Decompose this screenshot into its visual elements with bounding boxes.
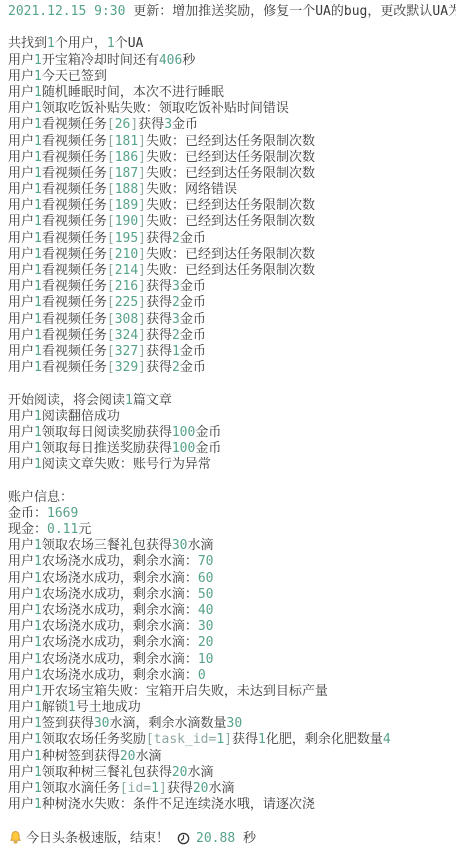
log-number: 1 (34, 441, 42, 456)
log-number: 1 (34, 231, 42, 246)
log-line: 用户1看视频任务[216]获得3金币 (8, 279, 454, 295)
log-bracket: ] (138, 134, 146, 149)
log-bracket: ] (138, 182, 146, 197)
log-bracket: [ (107, 231, 115, 246)
log-bracket: [ (107, 182, 115, 197)
log-text: 看视频任务 (42, 198, 107, 213)
log-text: 金币 (180, 360, 206, 375)
log-text: 失败：网络错误 (146, 182, 237, 197)
log-line: 用户1农场浇水成功，剩余水滴：60 (8, 571, 454, 587)
log-text: 失败：已经到达任务限制次数 (146, 134, 315, 149)
log-text: 用户 (8, 247, 34, 262)
log-number: 1 (34, 101, 42, 116)
log-number: 2 (172, 231, 180, 246)
log-line: 用户1看视频任务[329]获得2金币 (8, 360, 454, 376)
log-text: 水滴 (188, 538, 214, 553)
log-line: 用户1看视频任务[195]获得2金币 (8, 231, 454, 247)
log-number: 20 (172, 765, 188, 780)
log-text: 用户 (8, 781, 34, 796)
log-text: 种树签到获得 (42, 749, 120, 764)
bell-icon (8, 830, 23, 848)
log-line: 开始阅读，将会阅读1篇文章 (8, 393, 454, 409)
log-text: 用户 (8, 409, 34, 424)
log-text: 金币 (195, 441, 221, 456)
log-number: 1 (34, 700, 42, 715)
log-number: 1 (34, 425, 42, 440)
log-number: 186 (115, 150, 138, 165)
log-text: 获得 (167, 781, 193, 796)
log-text: 水滴 (136, 749, 162, 764)
log-line (8, 813, 454, 829)
log-number: 1 (34, 312, 42, 327)
log-text: 农场浇水成功，剩余水滴： (42, 652, 198, 667)
log-text: 获得 (232, 732, 258, 747)
log-text: 看视频任务 (42, 150, 107, 165)
log-line: 用户1农场浇水成功，剩余水滴：20 (8, 635, 454, 651)
log-number: 1 (34, 360, 42, 375)
log-text: 看视频任务 (42, 263, 107, 278)
log-number: 1 (34, 732, 42, 747)
log-number: 1 (34, 279, 42, 294)
log-text: 看视频任务 (42, 182, 107, 197)
log-line: 用户1阅读翻倍成功 (8, 409, 454, 425)
log-number: 1 (34, 328, 42, 343)
log-text: 农场浇水成功，剩余水滴： (42, 635, 198, 650)
log-number: 1 (172, 344, 180, 359)
log-bracket: ] (138, 344, 146, 359)
log-number: 1 (34, 69, 42, 84)
log-number: 195 (115, 231, 138, 246)
log-text: 领取水滴任务 (42, 781, 120, 796)
log-number: 30 (94, 716, 110, 731)
log-text: 用户 (8, 716, 34, 731)
log-text: 看视频任务 (42, 328, 107, 343)
log-bracket: [ (107, 344, 115, 359)
log-number: 1 (34, 457, 42, 472)
log-number: 10 (198, 652, 214, 667)
log-text: 元 (78, 522, 91, 537)
log-line: 共找到1个用户，1个UA (8, 36, 454, 52)
log-line: 用户1看视频任务[186]失败：已经到达任务限制次数 (8, 150, 454, 166)
log-text: 用户 (8, 652, 34, 667)
log-number: 20 (193, 781, 209, 796)
log-line: 用户1随机睡眠时间，本次不进行睡眠 (8, 85, 454, 101)
log-bracket: ] (138, 263, 146, 278)
log-line: 用户1看视频任务[324]获得2金币 (8, 328, 454, 344)
log-line: 用户1看视频任务[188]失败：网络错误 (8, 182, 454, 198)
log-bracket: [ (107, 247, 115, 262)
log-text: 用户 (8, 263, 34, 278)
log-line: 用户1看视频任务[214]失败：已经到达任务限制次数 (8, 263, 454, 279)
log-line: 用户1农场浇水成功，剩余水滴：30 (8, 619, 454, 635)
log-line: 用户1种树浇水失败：条件不足连续浇水哦，请逐次浇 (8, 797, 454, 813)
log-number: 187 (115, 166, 138, 181)
log-text: 用户 (8, 360, 34, 375)
log-text: 获得 (146, 328, 172, 343)
log-number: 1 (34, 53, 42, 68)
log-bracket: ] (138, 328, 146, 343)
log-text: 看视频任务 (42, 360, 107, 375)
cash-balance-line: 现金：0.11元 (8, 522, 454, 538)
log-text: 用户 (8, 312, 34, 327)
log-line: 用户1种树签到获得20水滴 (8, 749, 454, 765)
log-number: 1 (34, 117, 42, 132)
log-number: 1 (34, 198, 42, 213)
log-text: 签到获得 (42, 716, 94, 731)
log-text: 随机睡眠时间，本次不进行睡眠 (42, 85, 224, 100)
log-text: 获得 (146, 231, 172, 246)
log-text: 农场浇水成功，剩余水滴： (42, 554, 198, 569)
log-number: 70 (198, 554, 214, 569)
log-text: 用户 (8, 619, 34, 634)
log-number: 1 (216, 732, 224, 747)
log-bracket: ] (138, 360, 146, 375)
log-number: 1 (47, 36, 55, 51)
log-number: 1 (34, 571, 42, 586)
log-line: 用户1领取吃饭补贴失败：领取吃饭补贴时间错误 (8, 101, 454, 117)
log-line: 用户1看视频任务[187]失败：已经到达任务限制次数 (8, 166, 454, 182)
log-line: 用户1开农场宝箱失败：宝箱开启失败，未达到目标产量 (8, 684, 454, 700)
log-text: 农场浇水成功，剩余水滴： (42, 668, 198, 683)
log-number: 1 (34, 554, 42, 569)
log-line: 用户1领取每日推送奖励获得100金币 (8, 441, 454, 457)
log-text: 用户 (8, 538, 34, 553)
log-bracket: ] (138, 312, 146, 327)
log-number: 1 (34, 134, 42, 149)
log-text: 篇文章 (133, 393, 172, 408)
log-number: 2021.12.15 9:30 (8, 4, 125, 19)
log-line: 用户1领取水滴任务[id=1]获得20水滴 (8, 781, 454, 797)
log-line: 用户1领取农场三餐礼包获得30水滴 (8, 538, 454, 554)
log-text: 领取每日推送奖励获得 (42, 441, 172, 456)
log-number: 1 (34, 797, 42, 812)
log-line: 用户1看视频任务[327]获得1金币 (8, 344, 454, 360)
log-number: 1 (34, 166, 42, 181)
log-number: 1 (68, 700, 76, 715)
log-text: 领取种树三餐礼包获得 (42, 765, 172, 780)
log-text: 看视频任务 (42, 295, 107, 310)
log-number: 324 (115, 328, 138, 343)
log-number: 1 (125, 393, 133, 408)
log-bracket: ] (138, 150, 146, 165)
log-number: 210 (115, 247, 138, 262)
log-text: 领取每日阅读奖励获得 (42, 425, 172, 440)
log-text: 用户 (8, 166, 34, 181)
log-text: 用户 (8, 344, 34, 359)
log-line: 用户1看视频任务[210]失败：已经到达任务限制次数 (8, 247, 454, 263)
log-number: 1 (34, 765, 42, 780)
log-number: 60 (198, 571, 214, 586)
log-text: 用户 (8, 603, 34, 618)
log-text: 用户 (8, 441, 34, 456)
log-text: 金币 (180, 231, 206, 246)
log-text: 领取农场三餐礼包获得 (42, 538, 172, 553)
log-text: 金币 (172, 117, 198, 132)
log-text: 失败：已经到达任务限制次数 (146, 150, 315, 165)
log-number: 0.11 (47, 522, 78, 537)
log-text: 用户 (8, 279, 34, 294)
log-text: 用户 (8, 214, 34, 229)
log-text: 现金： (8, 522, 47, 537)
finish-summary-line: 今日头条极速版，结束！20.88 秒 (8, 830, 454, 846)
log-number: 1 (34, 716, 42, 731)
log-number: 2 (172, 360, 180, 375)
log-text: 开始阅读，将会阅读 (8, 393, 125, 408)
log-bracket: ] (224, 732, 232, 747)
log-text: 更新：增加推送奖励，修复一个UA的bug，更改默认UA为安卓 (125, 4, 456, 19)
log-bracket: ] (138, 279, 146, 294)
log-text: 看视频任务 (42, 166, 107, 181)
log-text: 用户 (8, 571, 34, 586)
log-text: 获得 (146, 279, 172, 294)
log-number: 20 (198, 635, 214, 650)
log-line (8, 473, 454, 489)
log-number: 189 (115, 198, 138, 213)
log-text: 用户 (8, 53, 34, 68)
log-bracket: [ (107, 198, 115, 213)
log-text: 个用户， (55, 36, 107, 51)
log-text: 看视频任务 (42, 117, 107, 132)
coin-balance-line: 金币：1669 (8, 506, 454, 522)
log-text: 金币 (195, 425, 221, 440)
log-number: 1 (34, 247, 42, 262)
log-bracket: [ (107, 134, 115, 149)
log-bracket: [ (107, 214, 115, 229)
log-bracket: ] (138, 198, 146, 213)
log-text: 失败：已经到达任务限制次数 (146, 263, 315, 278)
log-number: 1 (34, 635, 42, 650)
log-bracket: [task_id= (146, 732, 216, 747)
log-number: 1 (107, 36, 115, 51)
log-number: 3 (172, 279, 180, 294)
account-info-header: 账户信息： (8, 490, 454, 506)
log-number: 406 (159, 53, 182, 68)
log-line: 用户1看视频任务[26]获得3金币 (8, 117, 454, 133)
log-text: 共找到 (8, 36, 47, 51)
log-text: 用户 (8, 295, 34, 310)
log-bracket: [ (107, 263, 115, 278)
log-text: 个UA (115, 36, 144, 51)
log-text: 用户 (8, 684, 34, 699)
log-bracket: [ (107, 117, 115, 132)
log-text: 获得 (138, 117, 164, 132)
log-text: 金币 (180, 328, 206, 343)
log-text: 金币 (180, 295, 206, 310)
log-text: 水滴 (188, 765, 214, 780)
log-text: 用户 (8, 150, 34, 165)
log-text: 用户 (8, 328, 34, 343)
log-number: 1 (34, 749, 42, 764)
log-number: 20.88 (196, 831, 235, 846)
log-line: 用户1看视频任务[308]获得3金币 (8, 312, 454, 328)
log-text: 领取吃饭补贴失败：领取吃饭补贴时间错误 (42, 101, 289, 116)
log-text: 用户 (8, 457, 34, 472)
console-log-output: 2021.12.15 9:30 更新：增加推送奖励，修复一个UA的bug，更改默… (0, 0, 456, 848)
log-number: 1 (34, 409, 42, 424)
log-bracket: ] (138, 231, 146, 246)
log-number: 2 (172, 295, 180, 310)
log-text: 水滴，剩余水滴数量 (110, 716, 227, 731)
log-text: 获得 (146, 312, 172, 327)
log-text: 用户 (8, 587, 34, 602)
log-text: 开农场宝箱失败：宝箱开启失败，未达到目标产量 (42, 684, 328, 699)
log-text: 号土地成功 (76, 700, 141, 715)
log-text: 水滴 (209, 781, 235, 796)
log-number: 30 (198, 619, 214, 634)
log-number: 40 (198, 603, 214, 618)
log-number: 26 (115, 117, 131, 132)
log-bracket: ] (138, 214, 146, 229)
log-text: 农场浇水成功，剩余水滴： (42, 603, 198, 618)
log-line: 用户1签到获得30水滴，剩余水滴数量30 (8, 716, 454, 732)
log-text: 用户 (8, 101, 34, 116)
log-number: 1 (34, 652, 42, 667)
log-text: 开宝箱冷却时间还有 (42, 53, 159, 68)
log-number: 1 (34, 150, 42, 165)
log-text: 看视频任务 (42, 312, 107, 327)
log-bracket: [ (107, 166, 115, 181)
log-text: 金币 (180, 279, 206, 294)
log-line: 用户1领取农场任务奖励[task_id=1]获得1化肥，剩余化肥数量4 (8, 732, 454, 748)
log-text: 今天已签到 (42, 69, 107, 84)
log-text: 解锁 (42, 700, 68, 715)
log-number: 1 (34, 684, 42, 699)
log-text: 失败：已经到达任务限制次数 (146, 198, 315, 213)
log-number: 20 (120, 749, 136, 764)
log-text: 失败：已经到达任务限制次数 (146, 166, 315, 181)
log-number: 50 (198, 587, 214, 602)
log-number: 1 (34, 619, 42, 634)
log-text: 用户 (8, 85, 34, 100)
log-number: 1 (34, 295, 42, 310)
clock-icon (177, 832, 190, 848)
log-line: 用户1开宝箱冷却时间还有406秒 (8, 53, 454, 69)
log-number: 1 (34, 781, 42, 796)
log-text: 用户 (8, 425, 34, 440)
log-number: 308 (115, 312, 138, 327)
log-number: 3 (172, 312, 180, 327)
log-bracket: [ (107, 295, 115, 310)
log-line: 用户1领取种树三餐礼包获得20水滴 (8, 765, 454, 781)
log-number: 216 (115, 279, 138, 294)
log-bracket: [ (107, 360, 115, 375)
log-number: 1 (151, 781, 159, 796)
log-number: 0 (198, 668, 206, 683)
log-text: 看视频任务 (42, 279, 107, 294)
log-number: 1 (34, 603, 42, 618)
log-line (8, 376, 454, 392)
log-number: 1 (34, 344, 42, 359)
log-number: 1 (258, 732, 266, 747)
log-text: 失败：已经到达任务限制次数 (146, 214, 315, 229)
log-line: 用户1阅读文章失败：账号行为异常 (8, 457, 454, 473)
log-line: 用户1领取每日阅读奖励获得100金币 (8, 425, 454, 441)
log-text: 种树浇水失败：条件不足连续浇水哦，请逐次浇 (42, 797, 315, 812)
log-number: 329 (115, 360, 138, 375)
log-text: 看视频任务 (42, 134, 107, 149)
log-text: 秒 (235, 831, 256, 846)
log-number: 1 (34, 587, 42, 602)
log-number: 1 (34, 668, 42, 683)
log-text: 化肥，剩余化肥数量 (266, 732, 383, 747)
log-text: 农场浇水成功，剩余水滴： (42, 619, 198, 634)
log-line: 用户1看视频任务[225]获得2金币 (8, 295, 454, 311)
update-note-line: 2021.12.15 9:30 更新：增加推送奖励，修复一个UA的bug，更改默… (8, 4, 454, 20)
log-text: 今日头条极速版，结束！ (26, 831, 169, 846)
log-text: 看视频任务 (42, 231, 107, 246)
log-line: 用户1看视频任务[189]失败：已经到达任务限制次数 (8, 198, 454, 214)
log-text: 阅读文章失败：账号行为异常 (42, 457, 211, 472)
log-number: 1 (34, 214, 42, 229)
log-line: 用户1解锁1号土地成功 (8, 700, 454, 716)
log-number: 1 (34, 85, 42, 100)
log-number: 3 (164, 117, 172, 132)
log-number: 225 (115, 295, 138, 310)
log-text: 金币： (8, 506, 47, 521)
log-line: 用户1农场浇水成功，剩余水滴：50 (8, 587, 454, 603)
log-line (8, 20, 454, 36)
log-line: 用户1看视频任务[190]失败：已经到达任务限制次数 (8, 214, 454, 230)
log-number: 327 (115, 344, 138, 359)
log-text: 获得 (146, 360, 172, 375)
log-number: 2 (172, 328, 180, 343)
log-line: 用户1农场浇水成功，剩余水滴：10 (8, 652, 454, 668)
log-bracket: ] (159, 781, 167, 796)
log-text: 获得 (146, 344, 172, 359)
log-number: 100 (172, 441, 195, 456)
log-text: 用户 (8, 797, 34, 812)
log-text: 用户 (8, 182, 34, 197)
log-text: 账户信息： (8, 490, 73, 505)
log-number: 190 (115, 214, 138, 229)
log-number: 188 (115, 182, 138, 197)
log-text: 用户 (8, 635, 34, 650)
log-line: 用户1农场浇水成功，剩余水滴：0 (8, 668, 454, 684)
log-text: 金币 (180, 344, 206, 359)
log-bracket: ] (138, 166, 146, 181)
log-text: 用户 (8, 700, 34, 715)
log-text: 用户 (8, 134, 34, 149)
log-line: 用户1农场浇水成功，剩余水滴：40 (8, 603, 454, 619)
log-text: 用户 (8, 69, 34, 84)
log-text: 用户 (8, 732, 34, 747)
log-line: 用户1看视频任务[181]失败：已经到达任务限制次数 (8, 134, 454, 150)
log-number: 1 (34, 538, 42, 553)
log-text: 金币 (180, 312, 206, 327)
log-bracket: ] (138, 247, 146, 262)
log-text: 用户 (8, 668, 34, 683)
log-number: 1669 (47, 506, 78, 521)
log-number: 30 (227, 716, 243, 731)
log-text: 看视频任务 (42, 214, 107, 229)
log-number: 1 (34, 263, 42, 278)
log-text: 失败：已经到达任务限制次数 (146, 247, 315, 262)
log-number: 214 (115, 263, 138, 278)
log-bracket: ] (130, 117, 138, 132)
log-text: 看视频任务 (42, 344, 107, 359)
log-bracket: ] (138, 295, 146, 310)
log-bracket: [id= (120, 781, 151, 796)
log-text: 用户 (8, 117, 34, 132)
log-text: 阅读翻倍成功 (42, 409, 120, 424)
log-text: 用户 (8, 198, 34, 213)
log-number: 1 (34, 182, 42, 197)
log-bracket: [ (107, 328, 115, 343)
log-text: 用户 (8, 749, 34, 764)
log-number: 4 (383, 732, 391, 747)
log-text: 农场浇水成功，剩余水滴： (42, 571, 198, 586)
log-text: 用户 (8, 554, 34, 569)
